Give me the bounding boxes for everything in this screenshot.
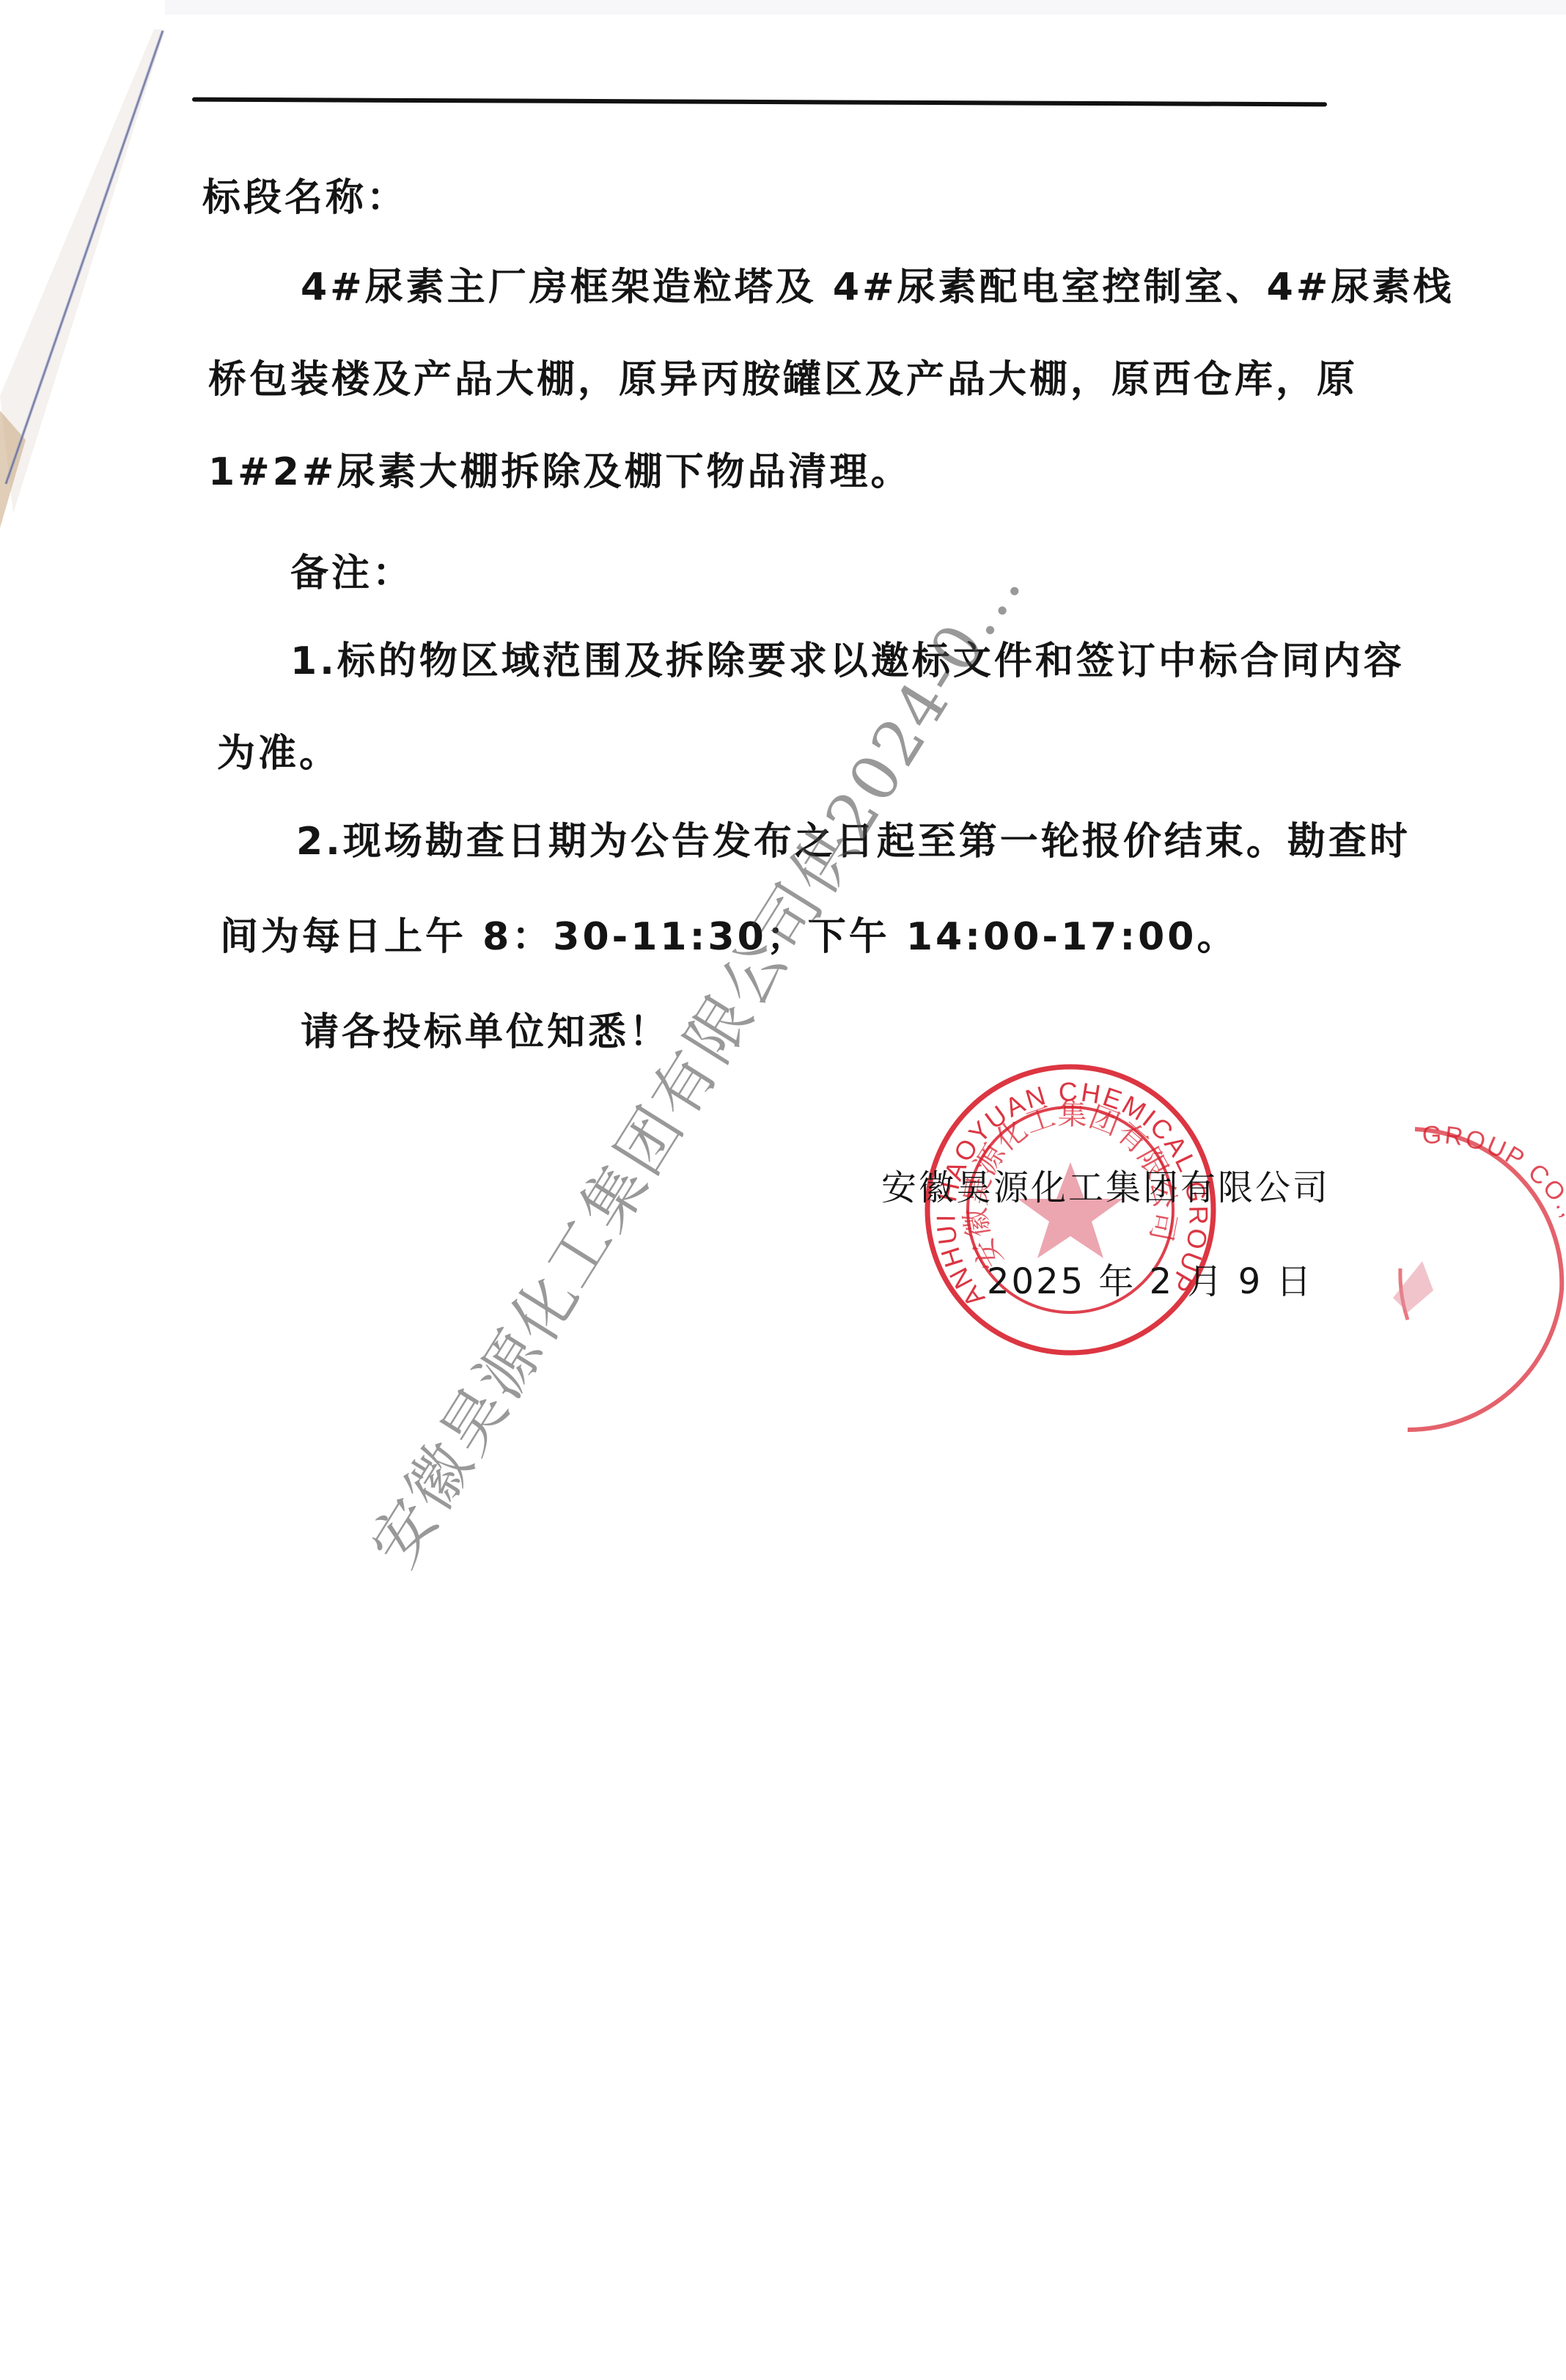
tender-name-line-1: 4#尿素主厂房框架造粒塔及 4#尿素配电室控制室、4#尿素栈 [301, 265, 1454, 309]
closing-note: 请各投标单位知悉！ [301, 1010, 670, 1054]
signature-company: 安徽昊源化工集团有限公司 [881, 1166, 1330, 1210]
signature-date: 2025 年 2 月 9 日 [987, 1260, 1314, 1304]
section-heading: 标段名称： [202, 176, 408, 220]
svg-text:GROUP CO.,LTD: GROUP CO.,LTD [1422, 1121, 1566, 1271]
company-seal-stamp: ANHUI HAOYUAN CHEMICAL GROUP CO.,LTD 安徽昊… [916, 1056, 1224, 1364]
remarks-heading: 备注： [290, 551, 413, 595]
page-edge-shadow [0, 0, 1566, 2380]
header-divider-line [192, 98, 1327, 107]
partial-stamp-text: GROUP CO.,LTD [1422, 1121, 1566, 1271]
tender-name-line-3: 1#2#尿素大棚拆除及棚下物品清理。 [208, 450, 912, 494]
partial-seal-stamp: GROUP CO.,LTD [1393, 1100, 1566, 1452]
remark-1-line-1: 1.标的物区域范围及拆除要求以邀标文件和签订中标合同内容 [290, 639, 1405, 683]
remark-1-line-2: 为准。 [217, 732, 340, 776]
tender-name-line-2: 桥包装楼及产品大棚，原异丙胺罐区及产品大棚，原西仓库，原 [208, 358, 1358, 402]
